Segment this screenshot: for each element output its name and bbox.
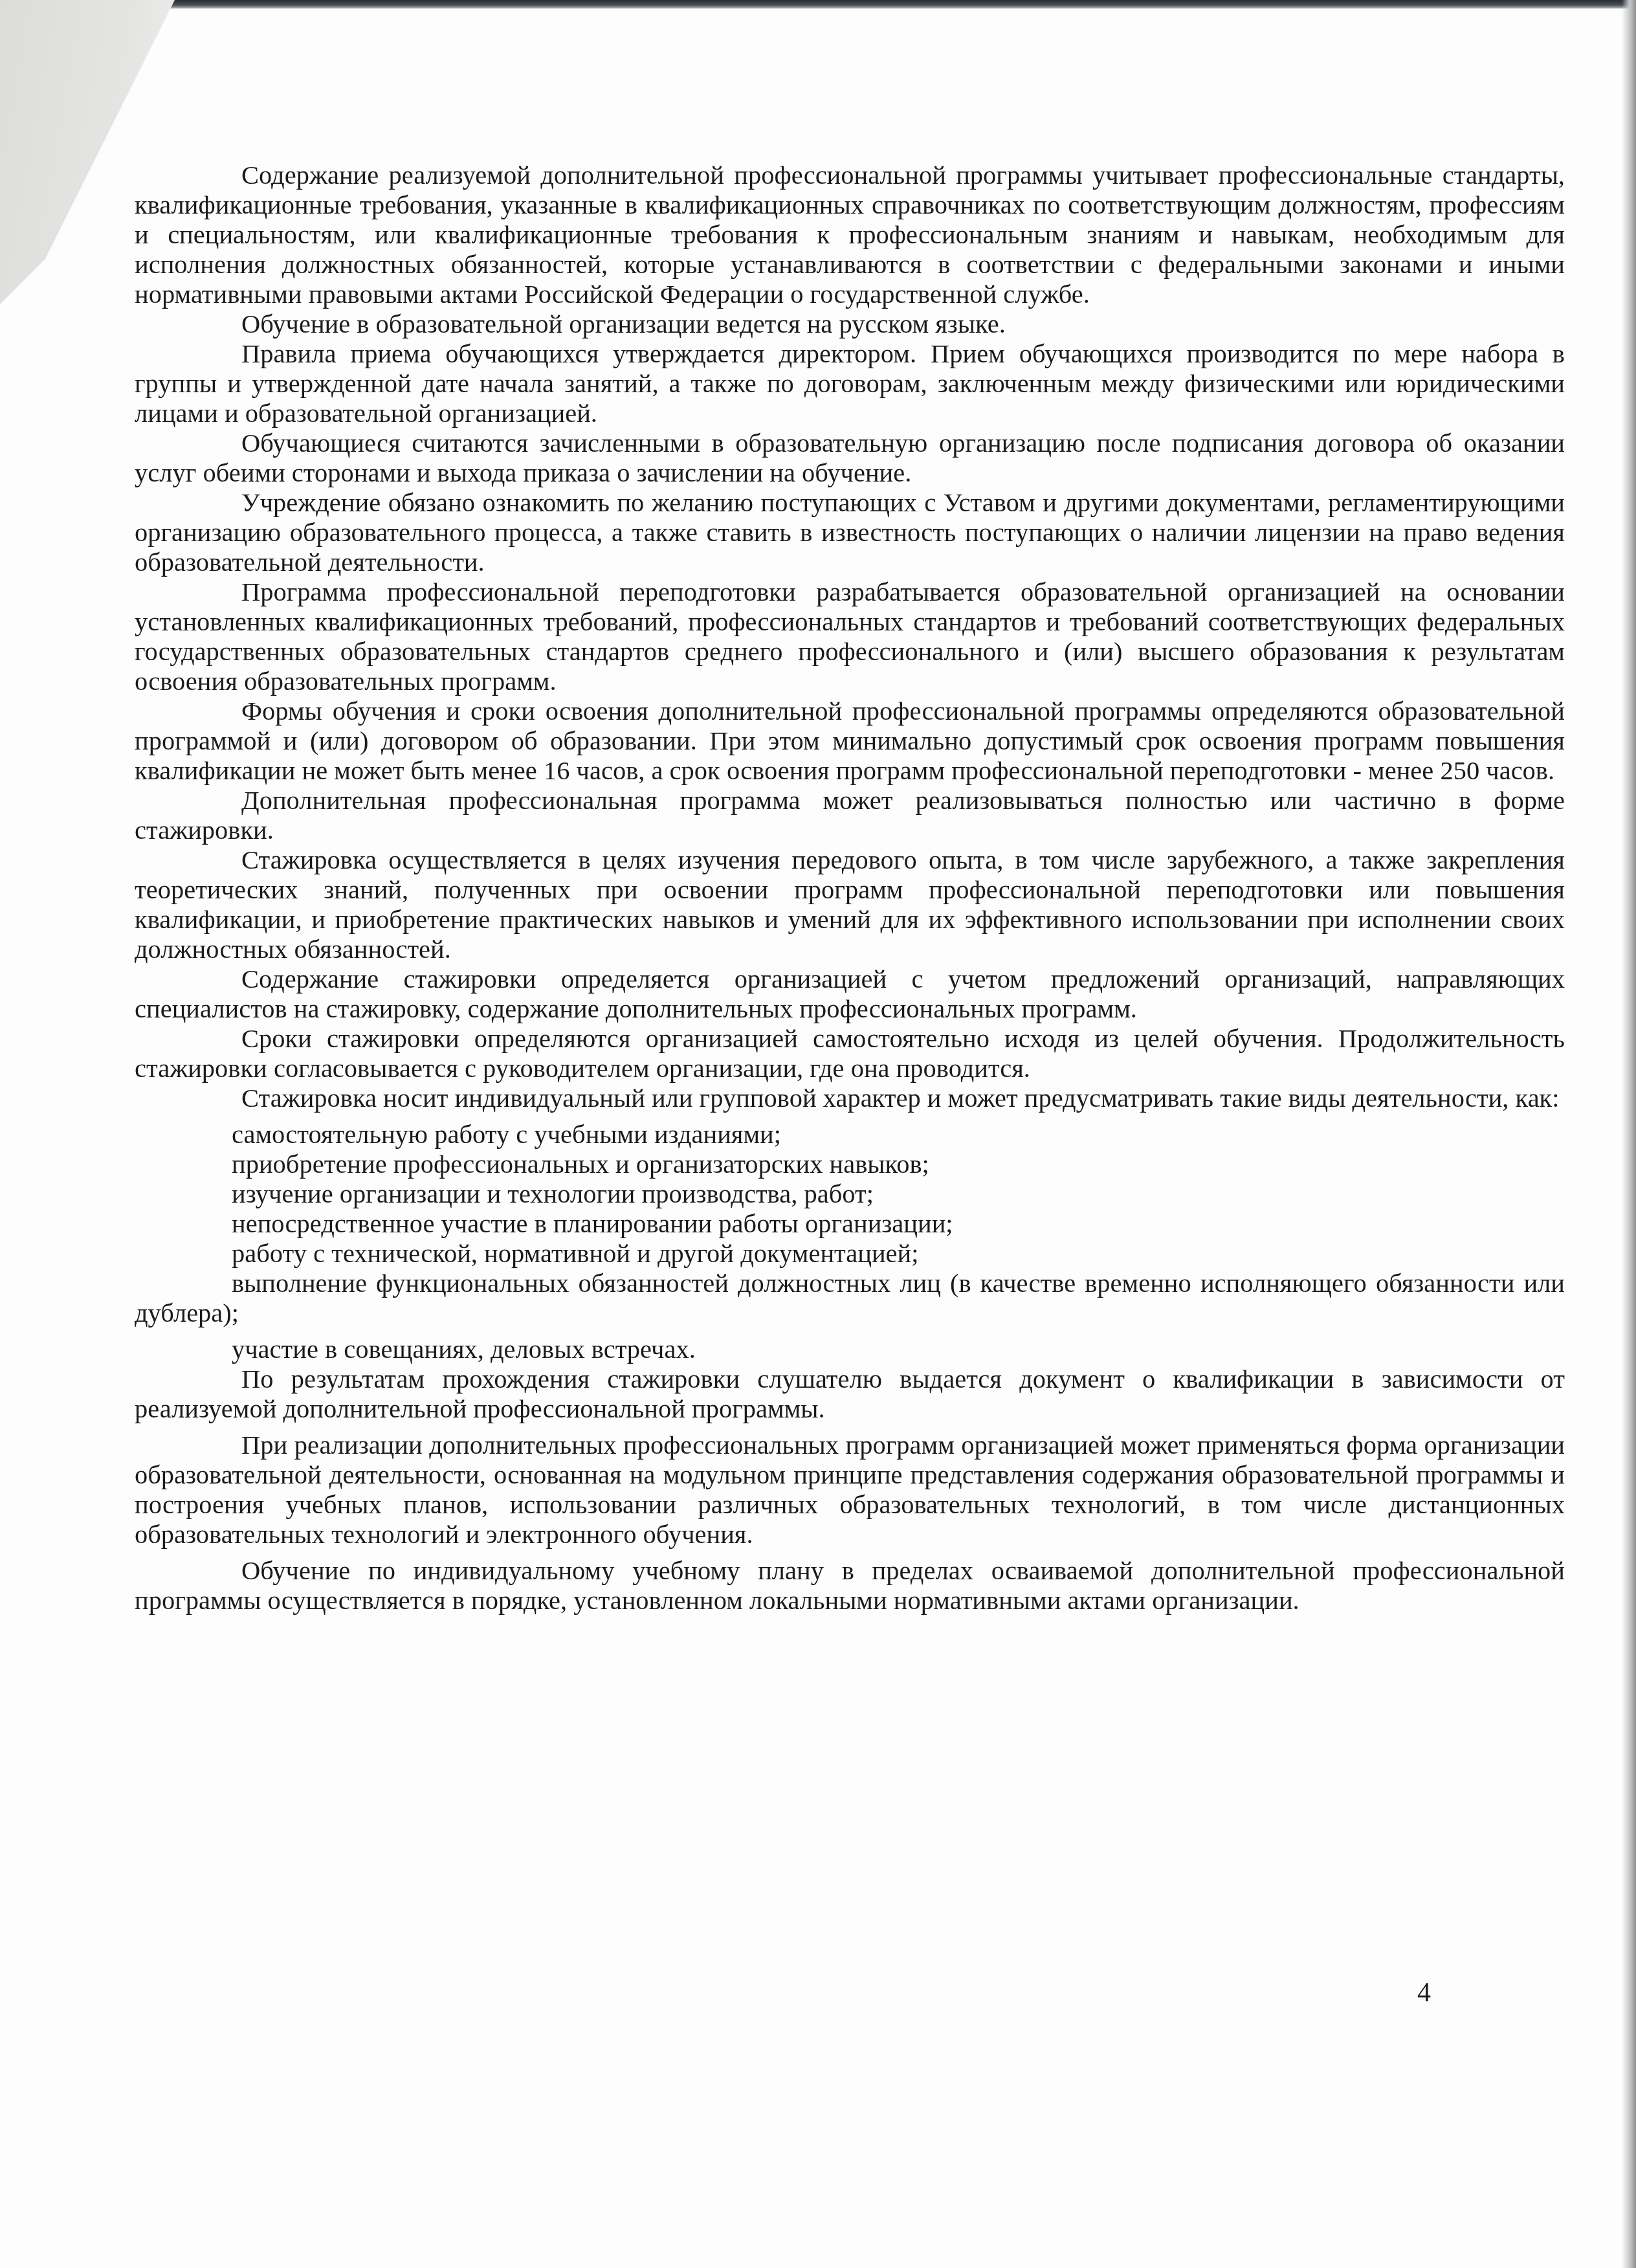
paragraph-internship-character: Стажировка носит индивидуальный или груп… [135, 1084, 1565, 1113]
document-body: Содержание реализуемой дополнительной пр… [135, 161, 1565, 1616]
list-item: выполнение функциональных обязанностей д… [135, 1269, 1565, 1328]
paragraph-charter-familiarization: Учреждение обязано ознакомить по желанию… [135, 488, 1565, 577]
paragraph-enrollment: Обучающиеся считаются зачисленными в обр… [135, 428, 1565, 488]
page-number: 4 [1417, 1977, 1431, 2008]
paragraph-content-requirements: Содержание реализуемой дополнительной пр… [135, 161, 1565, 309]
scanned-page: Содержание реализуемой дополнительной пр… [0, 0, 1636, 2268]
list-item: участие в совещаниях, деловых встречах. [135, 1335, 1565, 1364]
list-item: непосредственное участие в планировании … [135, 1209, 1565, 1239]
list-item: приобретение профессиональных и организа… [135, 1150, 1565, 1179]
scanner-right-edge [1622, 0, 1636, 2268]
paragraph-language: Обучение в образовательной организации в… [135, 309, 1565, 339]
paragraph-internship-purpose: Стажировка осуществляется в целях изучен… [135, 845, 1565, 964]
list-item: изучение организации и технологии произв… [135, 1179, 1565, 1209]
list-item: самостоятельную работу с учебными издани… [135, 1120, 1565, 1150]
paragraph-qualification-document: По результатам прохождения стажировки сл… [135, 1364, 1565, 1424]
paragraph-internship-terms: Сроки стажировки определяются организаци… [135, 1024, 1565, 1084]
activity-list: самостоятельную работу с учебными издани… [135, 1120, 1565, 1364]
paragraph-individual-plan: Обучение по индивидуальному учебному пла… [135, 1556, 1565, 1616]
paragraph-internship-form: Дополнительная профессиональная программ… [135, 786, 1565, 845]
scanner-top-edge [0, 0, 1636, 9]
paragraph-internship-content: Содержание стажировки определяется орган… [135, 964, 1565, 1024]
paragraph-modular-principle: При реализации дополнительных профессион… [135, 1430, 1565, 1550]
paragraph-forms-and-terms: Формы обучения и сроки освоения дополнит… [135, 696, 1565, 786]
paragraph-retraining-program: Программа профессиональной переподготовк… [135, 577, 1565, 696]
paragraph-admission-rules: Правила приема обучающихся утверждается … [135, 339, 1565, 428]
list-item: работу с технической, нормативной и друг… [135, 1239, 1565, 1269]
